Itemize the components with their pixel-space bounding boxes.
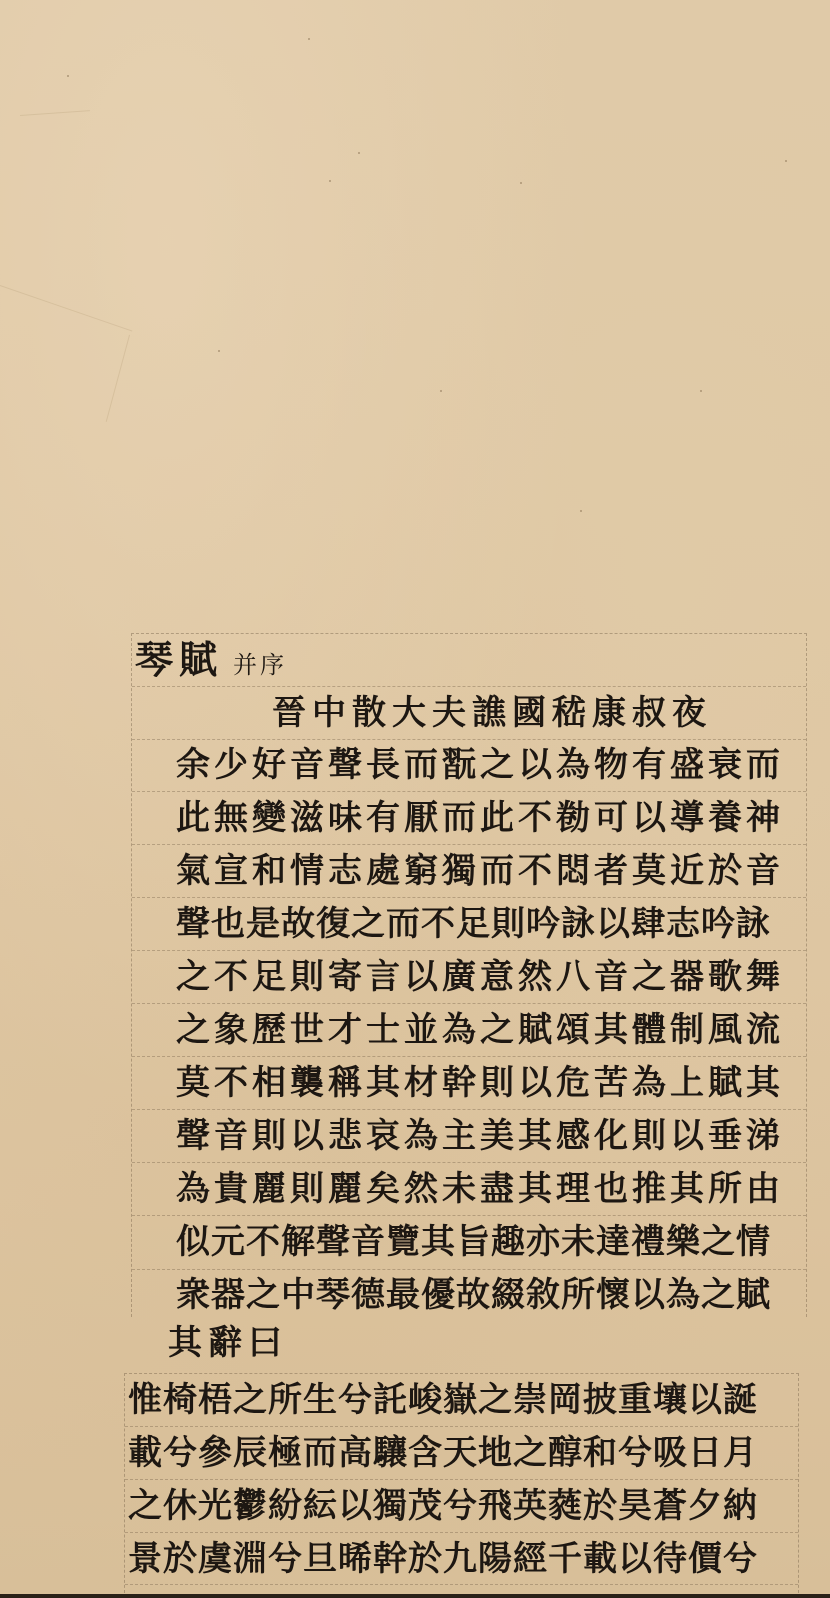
preface-line: 莫不相襲稱其材幹則以危苦為上賦其	[176, 1063, 784, 1103]
ruled-line	[132, 1215, 806, 1216]
ruled-line	[125, 1479, 798, 1480]
paper-speck	[580, 510, 582, 512]
scan-bottom-edge	[0, 1594, 830, 1598]
preface-line: 余少好音聲長而翫之以為物有盛衰而	[176, 745, 784, 785]
ruled-line	[132, 1109, 806, 1110]
preface-line: 之象歷世才士並為之賦頌其體制風流	[176, 1010, 784, 1050]
ruled-line	[132, 950, 806, 951]
ruled-line	[132, 1269, 806, 1270]
ruled-line	[125, 1584, 798, 1585]
ruled-line	[132, 897, 806, 898]
preface-line: 為貴麗則麗矣然未盡其理也推其所由	[176, 1169, 784, 1209]
paper-speck	[329, 180, 331, 182]
ruled-line	[132, 686, 806, 687]
ruled-line	[132, 739, 806, 740]
ruled-line	[125, 1532, 798, 1533]
rhapsody-line: 惟椅梧之所生兮託峻嶽之崇岡披重壤以誕	[128, 1380, 758, 1420]
preface-line: 氣宣和情志處窮獨而不悶者莫近於音	[176, 851, 784, 891]
preface-line: 之不足則寄言以廣意然八音之器歌舞	[176, 957, 784, 997]
preface-line: 此無變滋味有厭而此不勌可以導養神	[176, 798, 784, 838]
rhapsody-line: 之休光鬱紛紜以獨茂兮飛英蕤於昊蒼夕納	[128, 1486, 758, 1526]
paper-speck	[308, 38, 310, 40]
ruled-line	[132, 844, 806, 845]
title-note: 并序	[233, 651, 287, 679]
paper-speck	[785, 160, 787, 162]
rhapsody-line: 景於虞淵兮旦晞幹於九陽經千載以待價兮	[128, 1539, 758, 1579]
rhapsody-line: 載兮參辰極而高驤含天地之醇和兮吸日月	[128, 1433, 758, 1473]
title-line: 琴賦并序	[135, 640, 287, 685]
preface-line: 聲音則以悲哀為主美其感化則以垂涕	[176, 1116, 784, 1156]
ruled-line	[132, 791, 806, 792]
author-line: 晉中散大夫譙國嵇康叔夜	[272, 693, 712, 733]
paper-speck	[218, 350, 220, 352]
paper-speck	[67, 75, 69, 77]
preface-line: 似元不解聲音覽其旨趣亦未達禮樂之情	[176, 1222, 771, 1262]
ruled-line	[132, 1056, 806, 1057]
paper-speck	[520, 182, 522, 184]
preface-line: 聲也是故復之而不足則吟詠以肆志吟詠	[176, 904, 771, 944]
ruled-line	[132, 1162, 806, 1163]
ruled-line	[125, 1426, 798, 1427]
paper-speck	[440, 390, 442, 392]
paper-speck	[700, 390, 702, 392]
transition-line: 其辭曰	[168, 1323, 288, 1363]
ruled-line	[132, 1003, 806, 1004]
preface-line: 衆器之中琴德最優故綴敘所懷以為之賦	[176, 1275, 771, 1315]
paper-speck	[358, 152, 360, 154]
document-title: 琴賦	[135, 637, 223, 682]
